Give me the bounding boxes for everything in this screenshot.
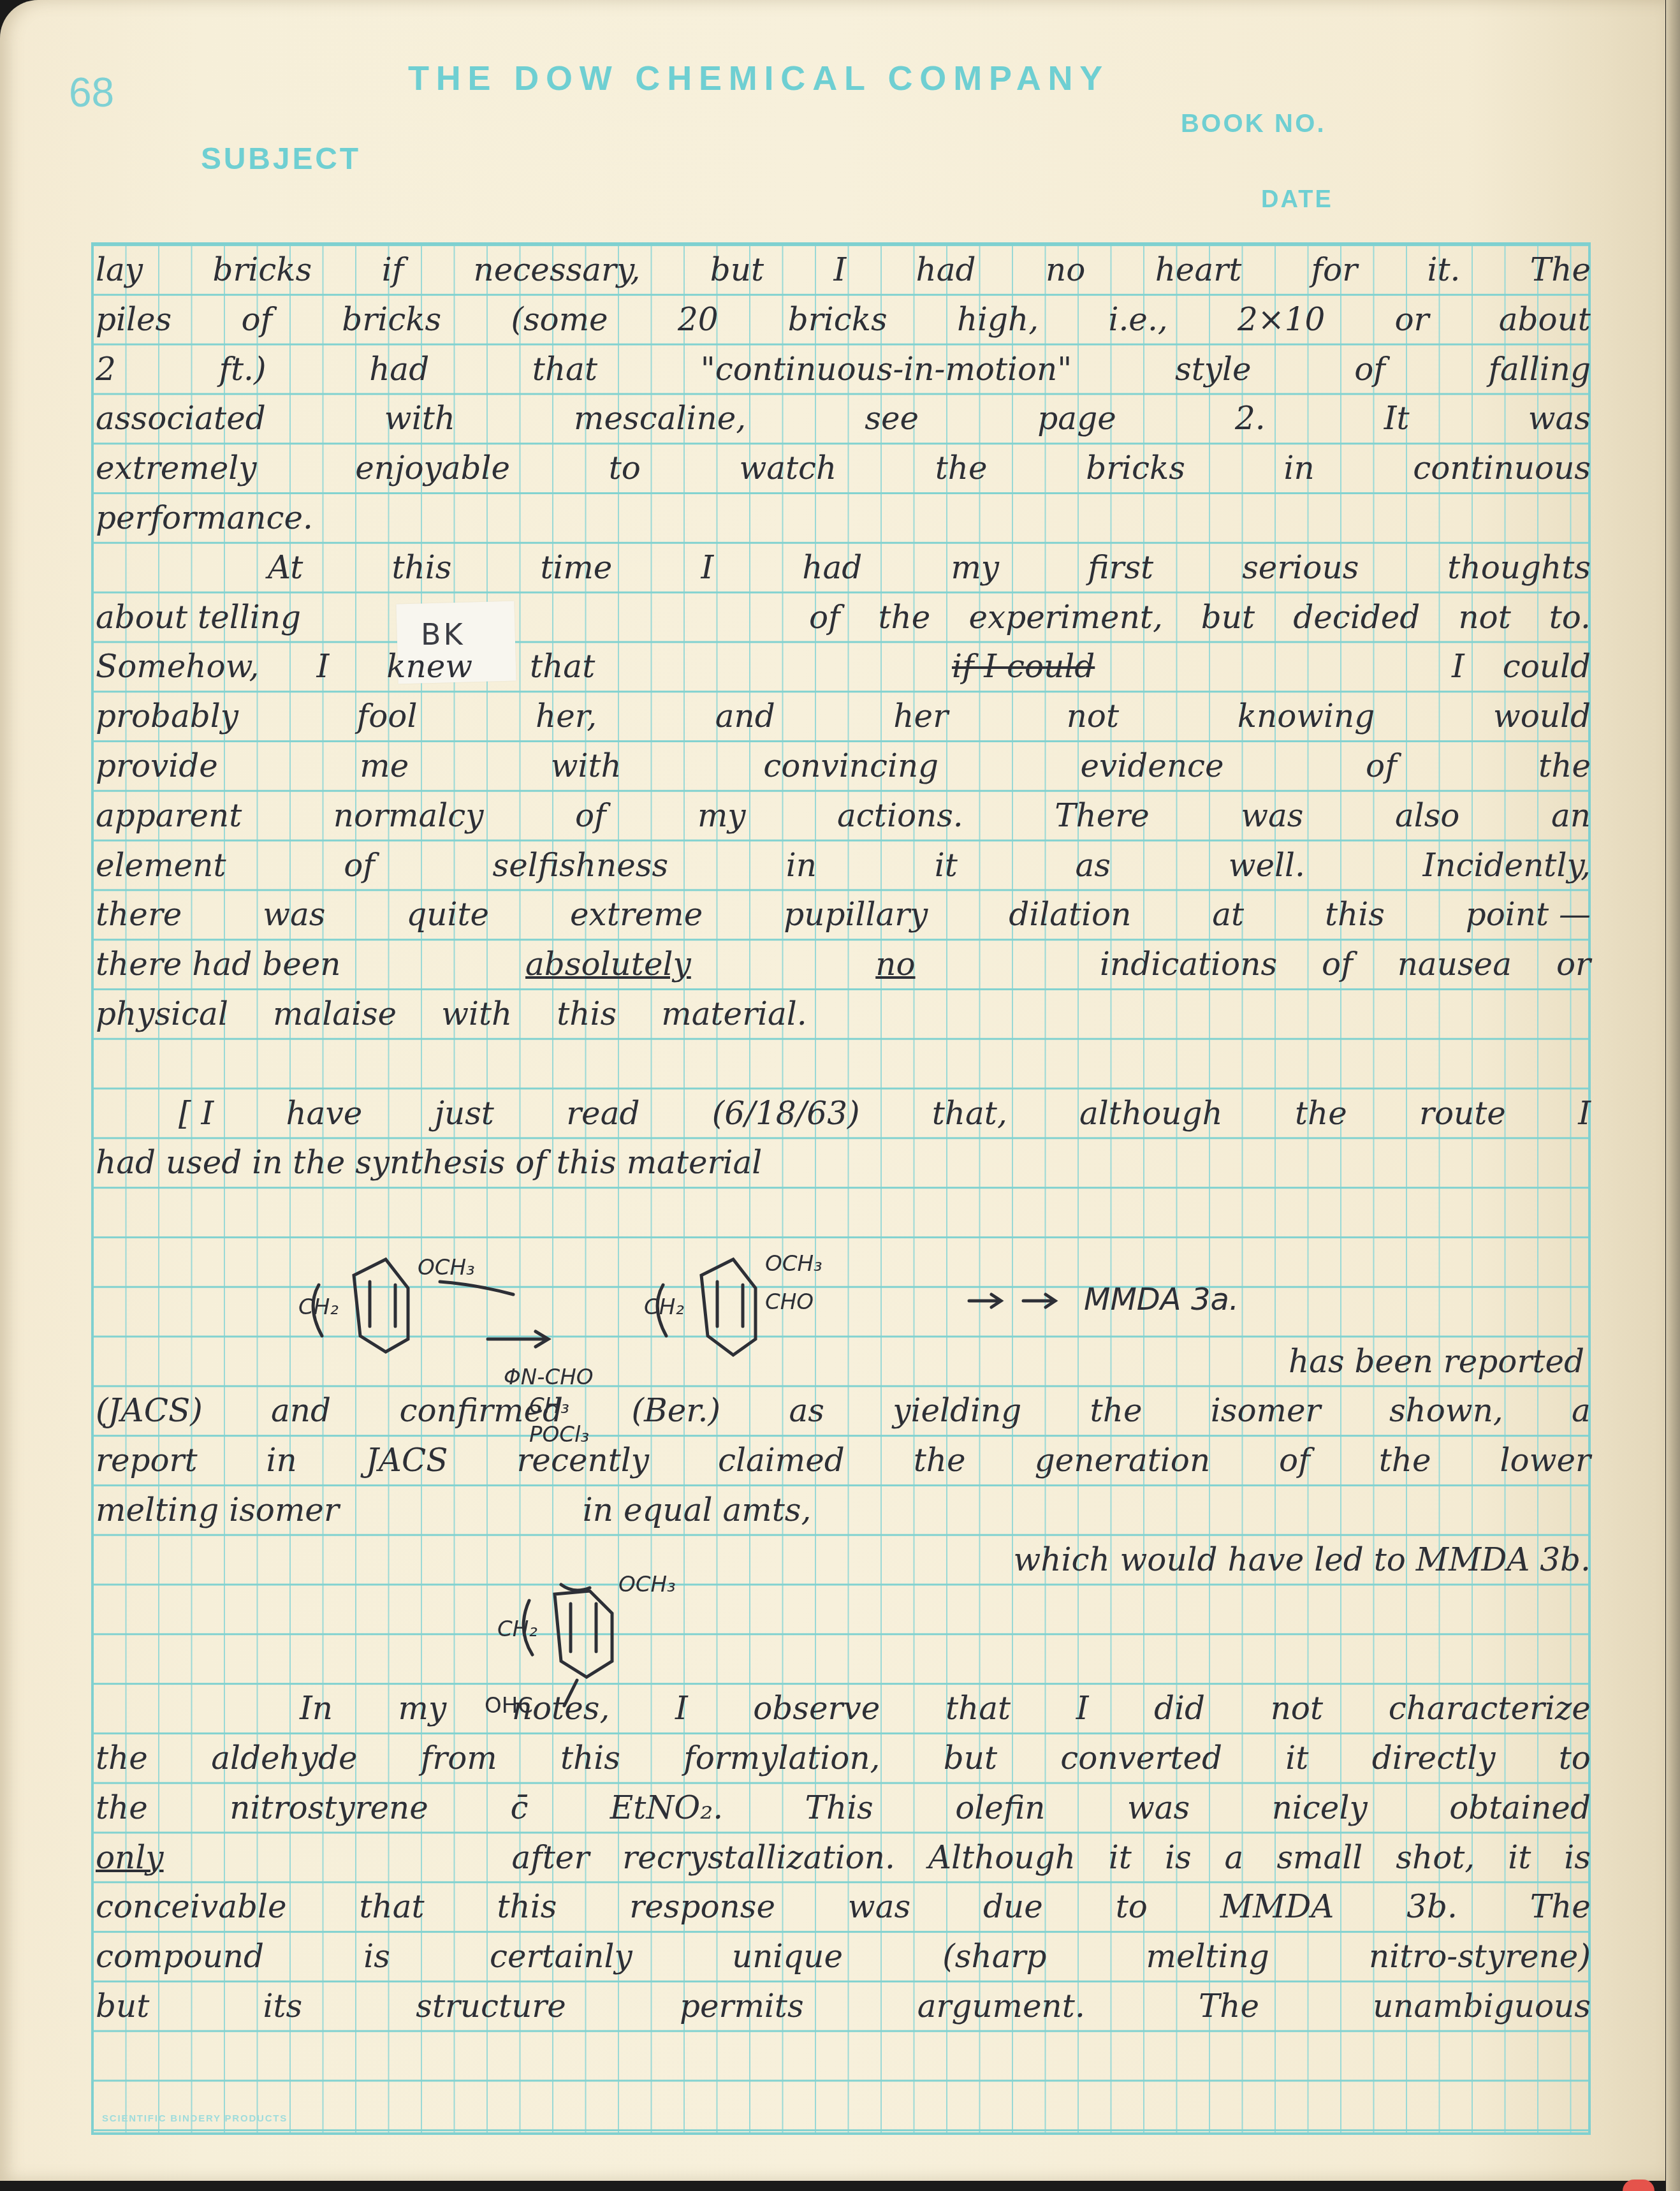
- handwritten-word: indications: [1100, 940, 1277, 990]
- handwritten-word: physical: [96, 990, 228, 1039]
- handwritten-word: ft.): [219, 345, 266, 395]
- handwritten-word: it: [935, 841, 958, 891]
- handwritten-word: 3b.: [1406, 1882, 1457, 1932]
- text-segment: indicationsofnauseaor: [1100, 940, 1591, 990]
- handwritten-word: watch: [739, 444, 836, 494]
- handwritten-word: to.: [1549, 593, 1591, 643]
- handwritten-word: although: [1079, 1089, 1223, 1139]
- handwritten-word: evidence: [1080, 742, 1223, 791]
- handwritten-word: It: [1384, 394, 1410, 444]
- reaction-scheme-1: CH₂ OCH₃ ΦN-CHO CH₃ POCl₃ CH₂ OCH₃ CHO M…: [293, 1231, 1377, 1441]
- handwritten-word: knew: [386, 642, 472, 692]
- handwritten-word: nitrostyrene: [230, 1784, 428, 1833]
- handwritten-word: an: [1551, 791, 1591, 841]
- handwritten-word: it: [1109, 1833, 1132, 1883]
- handwritten-word: There: [1055, 791, 1150, 841]
- handwritten-word: lay: [96, 245, 143, 295]
- handwritten-word: read: [566, 1089, 639, 1139]
- handwritten-word: or: [1395, 295, 1429, 345]
- handwritten-word: (sharp: [942, 1932, 1046, 1982]
- text-line: extremelyenjoyabletowatchthebricksincont…: [96, 444, 1591, 494]
- handwritten-word: that: [946, 1684, 1011, 1734]
- handwritten-word: the: [1379, 1436, 1431, 1486]
- handwritten-word: bricks: [1086, 444, 1185, 494]
- handwritten-word: about: [1499, 295, 1591, 345]
- handwritten-word: normalcy: [333, 791, 484, 841]
- handwritten-word: fool: [357, 692, 418, 742]
- handwritten-word: not: [1271, 1684, 1323, 1734]
- handwritten-word: time: [540, 543, 612, 593]
- text-segment: afterrecrystallization.Althoughitisasmal…: [511, 1833, 1591, 1883]
- handwritten-word: unique: [732, 1932, 843, 1982]
- text-line: which would have led to MMDA 3b.: [96, 1535, 1591, 1585]
- handwritten-word: but: [710, 245, 764, 295]
- handwritten-word: in: [1284, 444, 1315, 494]
- handwritten-word: to: [609, 444, 641, 494]
- handwritten-word: for: [1311, 245, 1358, 295]
- text-line: compoundiscertainlyunique(sharpmeltingni…: [96, 1932, 1591, 1982]
- isomer-structure-2: CH₂ OCH₃ OHC: [485, 1572, 803, 1731]
- handwritten-word: would: [1493, 692, 1591, 742]
- handwritten-word: Although: [928, 1833, 1076, 1883]
- handwritten-word: to: [1116, 1882, 1148, 1932]
- handwritten-word: provide: [96, 742, 218, 791]
- text-line: thealdehydefromthisformylation,butconver…: [96, 1734, 1591, 1784]
- handwritten-word: olefin: [955, 1784, 1045, 1833]
- handwritten-word: bricks: [788, 295, 887, 345]
- handwritten-word: did: [1154, 1684, 1205, 1734]
- handwritten-word: the: [1538, 742, 1591, 791]
- handwritten-word: but: [944, 1734, 997, 1784]
- handwritten-word: bricks: [342, 295, 441, 345]
- handwritten-word: 20: [678, 295, 719, 345]
- text-line: providemewithconvincingevidenceofthe: [96, 742, 1591, 791]
- handwritten-word: me: [360, 742, 409, 791]
- handwritten-word: selfishness: [492, 841, 668, 891]
- handwritten-word: apparent: [96, 791, 242, 841]
- handwritten-word: after: [511, 1833, 589, 1883]
- text-line: Somehow,Iknewthat if I could Icould: [96, 642, 1591, 692]
- handwritten-word: my: [698, 791, 746, 841]
- handwritten-word: (6/18/63): [712, 1089, 860, 1139]
- text-line: therewasquiteextremepupillarydilationatt…: [96, 890, 1591, 940]
- handwritten-word: with: [384, 394, 455, 444]
- handwritten-word: lower: [1500, 1436, 1591, 1486]
- text-line: Inmynotes,IobservethatIdidnotcharacteriz…: [96, 1684, 1591, 1734]
- handwritten-word: it: [1508, 1833, 1531, 1883]
- handwritten-word: high,: [957, 295, 1039, 345]
- handwritten-word: the: [935, 444, 988, 494]
- text-line: AtthistimeIhadmyfirstseriousthoughts: [96, 543, 1591, 593]
- handwritten-word: nitro-styrene): [1369, 1932, 1591, 1982]
- text-line: performance.: [96, 494, 1591, 543]
- handwritten-word: to: [1559, 1734, 1591, 1784]
- handwritten-word: in: [786, 841, 817, 891]
- handwritten-word: nausea: [1398, 940, 1512, 990]
- subject-label: SUBJECT: [201, 142, 361, 177]
- handwritten-word: of: [1354, 345, 1385, 395]
- handwritten-word: not: [1067, 692, 1119, 742]
- handwritten-word: was: [263, 890, 325, 940]
- handwritten-word: permits: [680, 1982, 804, 2032]
- handwritten-word: style: [1175, 345, 1252, 395]
- handwritten-text: laybricksifnecessary,butIhadnoheartforit…: [96, 245, 1591, 2032]
- handwritten-word: that,: [932, 1089, 1007, 1139]
- handwritten-word: At: [268, 543, 303, 593]
- handwritten-word: the: [1295, 1089, 1347, 1139]
- handwritten-word: page: [1037, 394, 1116, 444]
- handwritten-word: directly: [1372, 1734, 1496, 1784]
- handwritten-word: this: [557, 990, 617, 1039]
- text-segment: Icould: [1452, 642, 1591, 692]
- handwritten-word: had: [802, 543, 862, 593]
- handwritten-word: a: [1225, 1833, 1244, 1883]
- text-line: conceivablethatthisresponsewasduetoMMDA3…: [96, 1882, 1591, 1932]
- text-line: had used in the synthesis of this materi…: [96, 1138, 1591, 1188]
- text-line: there had been absolutely no indications…: [96, 940, 1591, 990]
- text-line: reportinJACSrecentlyclaimedthegeneration…: [96, 1436, 1591, 1486]
- text-line: 2ft.)hadthat"continuous-in-motion"styleo…: [96, 345, 1591, 395]
- handwritten-word: JACS: [366, 1436, 448, 1486]
- handwritten-word: heart: [1155, 245, 1242, 295]
- handwritten-word: EtNO₂.: [610, 1784, 723, 1833]
- handwritten-word: was: [1127, 1784, 1190, 1833]
- text-line: probablyfoolher,andhernotknowingwould: [96, 692, 1591, 742]
- handwritten-word: my: [951, 543, 999, 593]
- handwritten-word: of: [344, 841, 375, 891]
- handwritten-word: I: [701, 543, 714, 593]
- handwritten-word: The: [1530, 1882, 1591, 1932]
- text-line: only afterrecrystallization.Althoughitis…: [96, 1833, 1591, 1883]
- handwritten-word: her: [893, 692, 948, 742]
- handwritten-word: convincing: [763, 742, 939, 791]
- handwritten-word: converted: [1060, 1734, 1222, 1784]
- handwritten-word: compound: [96, 1932, 264, 1982]
- binding-edge: [1666, 0, 1680, 2191]
- handwritten-word: (JACS): [96, 1386, 203, 1436]
- handwritten-word: aldehyde: [211, 1734, 357, 1784]
- diagram-row: [96, 1585, 1591, 1635]
- handwritten-word: The: [1199, 1982, 1259, 2032]
- handwritten-word: this: [560, 1734, 620, 1784]
- handwritten-word: quite: [406, 890, 489, 940]
- handwritten-word: is: [1165, 1833, 1192, 1883]
- handwritten-word: that: [532, 345, 597, 395]
- handwritten-word: piles: [96, 295, 172, 345]
- handwritten-word: necessary,: [474, 245, 641, 295]
- handwritten-word: this: [497, 1882, 557, 1932]
- handwritten-word: due: [983, 1882, 1043, 1932]
- handwritten-word: response: [629, 1882, 775, 1932]
- handwritten-word: This: [805, 1784, 873, 1833]
- handwritten-word: c̄: [510, 1784, 528, 1833]
- handwritten-word: of: [809, 593, 840, 643]
- handwritten-word: this: [391, 543, 451, 593]
- handwritten-word: there: [96, 890, 182, 940]
- handwritten-word: 2: [96, 345, 116, 395]
- handwritten-word: this: [1325, 890, 1385, 940]
- company-letterhead: THE DOW CHEMICAL COMPANY: [408, 59, 1109, 98]
- text-segment: oftheexperiment,butdecidednotto.: [809, 593, 1591, 643]
- handwritten-word: recrystallization.: [622, 1833, 895, 1883]
- handwritten-word: obtained: [1449, 1784, 1591, 1833]
- text-line: pilesofbricks(some20brickshigh,i.e.,2×10…: [96, 295, 1591, 345]
- handwritten-word: i.e.,: [1108, 295, 1167, 345]
- handwritten-word: see: [865, 394, 919, 444]
- handwritten-word: the: [96, 1784, 148, 1833]
- notebook-page: 68 THE DOW CHEMICAL COMPANY BOOK NO. SUB…: [0, 0, 1665, 2181]
- text-line: thenitrostyrenec̄EtNO₂.Thisolefinwasnice…: [96, 1784, 1591, 1833]
- handwritten-word: no: [1046, 245, 1085, 295]
- handwritten-word: could: [1503, 642, 1591, 692]
- handwritten-word: Somehow,: [96, 642, 259, 692]
- handwritten-word: enjoyable: [355, 444, 510, 494]
- handwritten-word: actions.: [837, 791, 963, 841]
- handwritten-word: also: [1395, 791, 1460, 841]
- text-line: laybricksifnecessary,butIhadnoheartforit…: [96, 245, 1591, 295]
- handwritten-word: mescaline,: [574, 394, 746, 444]
- handwritten-word: unambiguous: [1373, 1982, 1591, 2032]
- handwritten-word: my: [398, 1684, 447, 1734]
- text-line: physicalmalaisewiththismaterial.: [96, 990, 1591, 1039]
- handwritten-word: is: [363, 1932, 390, 1982]
- underlined-word: only: [96, 1833, 164, 1883]
- handwritten-word: the: [879, 593, 931, 643]
- handwritten-word: bricks: [212, 245, 312, 295]
- handwritten-word: structure: [416, 1982, 566, 2032]
- page-number: 68: [69, 69, 114, 116]
- handwritten-word: "continuous-in-motion": [701, 345, 1072, 395]
- handwritten-word: in: [267, 1436, 297, 1486]
- handwritten-word: small: [1276, 1833, 1362, 1883]
- handwritten-word: falling: [1489, 345, 1591, 395]
- handwritten-word: 2×10: [1238, 295, 1325, 345]
- handwritten-word: her,: [536, 692, 597, 742]
- underlined-word: no: [875, 940, 915, 990]
- handwritten-word: was: [1528, 394, 1591, 444]
- handwritten-word: argument.: [917, 1982, 1085, 2032]
- handwritten-word: element: [96, 841, 226, 891]
- text-line: [ Ihavejustread(6/18/63)that,althoughthe…: [96, 1089, 1591, 1139]
- handwritten-word: well.: [1229, 841, 1305, 891]
- handwritten-word: pupillary: [784, 890, 928, 940]
- handwritten-word: MMDA: [1220, 1882, 1334, 1932]
- handwritten-word: In: [300, 1684, 333, 1734]
- handwritten-word: shot,: [1396, 1833, 1475, 1883]
- text-line: associatedwithmescaline,seepage2.Itwas: [96, 394, 1591, 444]
- handwritten-word: decided: [1293, 593, 1420, 643]
- handwritten-word: shown,: [1389, 1386, 1503, 1436]
- handwritten-word: experiment,: [968, 593, 1162, 643]
- text-line: melting isomer in equal amts,: [96, 1486, 1591, 1535]
- handwritten-word: was: [848, 1882, 910, 1932]
- blank-line: [96, 1039, 1591, 1089]
- handwritten-word: material.: [661, 990, 807, 1039]
- handwritten-word: certainly: [490, 1932, 632, 1982]
- handwritten-word: if: [382, 245, 404, 295]
- handwritten-word: dilation: [1009, 890, 1131, 940]
- underlined-word: absolutely: [525, 940, 691, 990]
- book-no-label: BOOK NO.: [1181, 110, 1326, 138]
- handwritten-word: the: [914, 1436, 966, 1486]
- handwritten-word: had: [369, 345, 429, 395]
- handwritten-word: point —: [1466, 890, 1591, 940]
- handwritten-word: have: [286, 1089, 362, 1139]
- red-page-tab: [1623, 2180, 1654, 2191]
- text-line: elementofselfishnessinitaswell.Incidentl…: [96, 841, 1591, 891]
- handwritten-word: generation: [1035, 1436, 1211, 1486]
- handwritten-word: of: [575, 791, 606, 841]
- handwritten-word: of: [241, 295, 272, 345]
- struck-out-text: if I could: [952, 642, 1095, 692]
- date-label: DATE: [1261, 186, 1333, 214]
- handwritten-word: but: [1201, 593, 1255, 643]
- handwritten-word: but: [96, 1982, 149, 2032]
- handwritten-word: extreme: [570, 890, 703, 940]
- handwritten-word: a: [1572, 1386, 1591, 1436]
- handwritten-word: continuous: [1413, 444, 1591, 494]
- handwritten-word: malaise: [273, 990, 397, 1039]
- handwritten-word: that: [530, 642, 595, 692]
- handwritten-word: as: [1075, 841, 1110, 891]
- handwritten-word: conceivable: [96, 1882, 287, 1932]
- handwritten-word: of: [1322, 940, 1353, 990]
- text-line: butitsstructurepermitsargument.Theunambi…: [96, 1982, 1591, 2032]
- handwritten-word: not: [1458, 593, 1510, 643]
- handwritten-word: its: [263, 1982, 302, 2032]
- handwritten-word: or: [1556, 940, 1591, 990]
- handwritten-word: associated: [96, 394, 266, 444]
- handwritten-word: it.: [1427, 245, 1460, 295]
- handwritten-word: it: [1285, 1734, 1308, 1784]
- handwritten-word: had: [916, 245, 976, 295]
- handwritten-word: [ I: [179, 1089, 214, 1139]
- handwritten-word: route: [1419, 1089, 1506, 1139]
- handwritten-word: I: [1452, 642, 1465, 692]
- handwritten-word: I: [833, 245, 846, 295]
- blank-line: [96, 1634, 1591, 1684]
- text-segment: Somehow,Iknewthat: [96, 642, 595, 692]
- bindery-imprint: SCIENTIFIC BINDERY PRODUCTS: [102, 2113, 288, 2124]
- handwritten-word: formylation,: [683, 1734, 880, 1784]
- handwritten-word: (some: [511, 295, 608, 345]
- handwritten-word: report: [96, 1436, 198, 1486]
- handwritten-word: claimed: [718, 1436, 845, 1486]
- mmda-3a-label: MMDA 3a.: [1084, 1282, 1239, 1317]
- handwritten-word: I: [1076, 1684, 1089, 1734]
- handwritten-word: 2.: [1235, 394, 1266, 444]
- handwritten-word: at: [1212, 890, 1244, 940]
- text-line: about telling oftheexperiment,butdecided…: [96, 593, 1591, 643]
- handwritten-word: of: [1366, 742, 1397, 791]
- handwritten-word: extremely: [96, 444, 257, 494]
- handwritten-word: I: [316, 642, 329, 692]
- handwritten-word: characterize: [1389, 1684, 1591, 1734]
- handwritten-word: thoughts: [1447, 543, 1591, 593]
- handwritten-word: melting: [1146, 1932, 1269, 1982]
- handwritten-word: first: [1088, 543, 1153, 593]
- handwritten-word: I: [1578, 1089, 1591, 1139]
- text-line: apparentnormalcyofmyactions.Therewasalso…: [96, 791, 1591, 841]
- handwritten-word: knowing: [1238, 692, 1375, 742]
- handwritten-word: just: [434, 1089, 493, 1139]
- handwritten-word: was: [1241, 791, 1303, 841]
- handwritten-word: The: [1530, 245, 1591, 295]
- handwritten-word: Incidently,: [1423, 841, 1591, 891]
- handwritten-word: probably: [96, 692, 238, 742]
- handwritten-word: that: [359, 1882, 424, 1932]
- handwritten-word: serious: [1242, 543, 1359, 593]
- handwritten-word: is: [1564, 1833, 1591, 1883]
- handwritten-word: from: [421, 1734, 497, 1784]
- handwritten-word: of: [1279, 1436, 1310, 1486]
- handwritten-word: the: [96, 1734, 148, 1784]
- handwritten-word: and: [715, 692, 775, 742]
- handwritten-word: nicely: [1272, 1784, 1368, 1833]
- handwritten-word: with: [441, 990, 512, 1039]
- handwritten-word: with: [551, 742, 622, 791]
